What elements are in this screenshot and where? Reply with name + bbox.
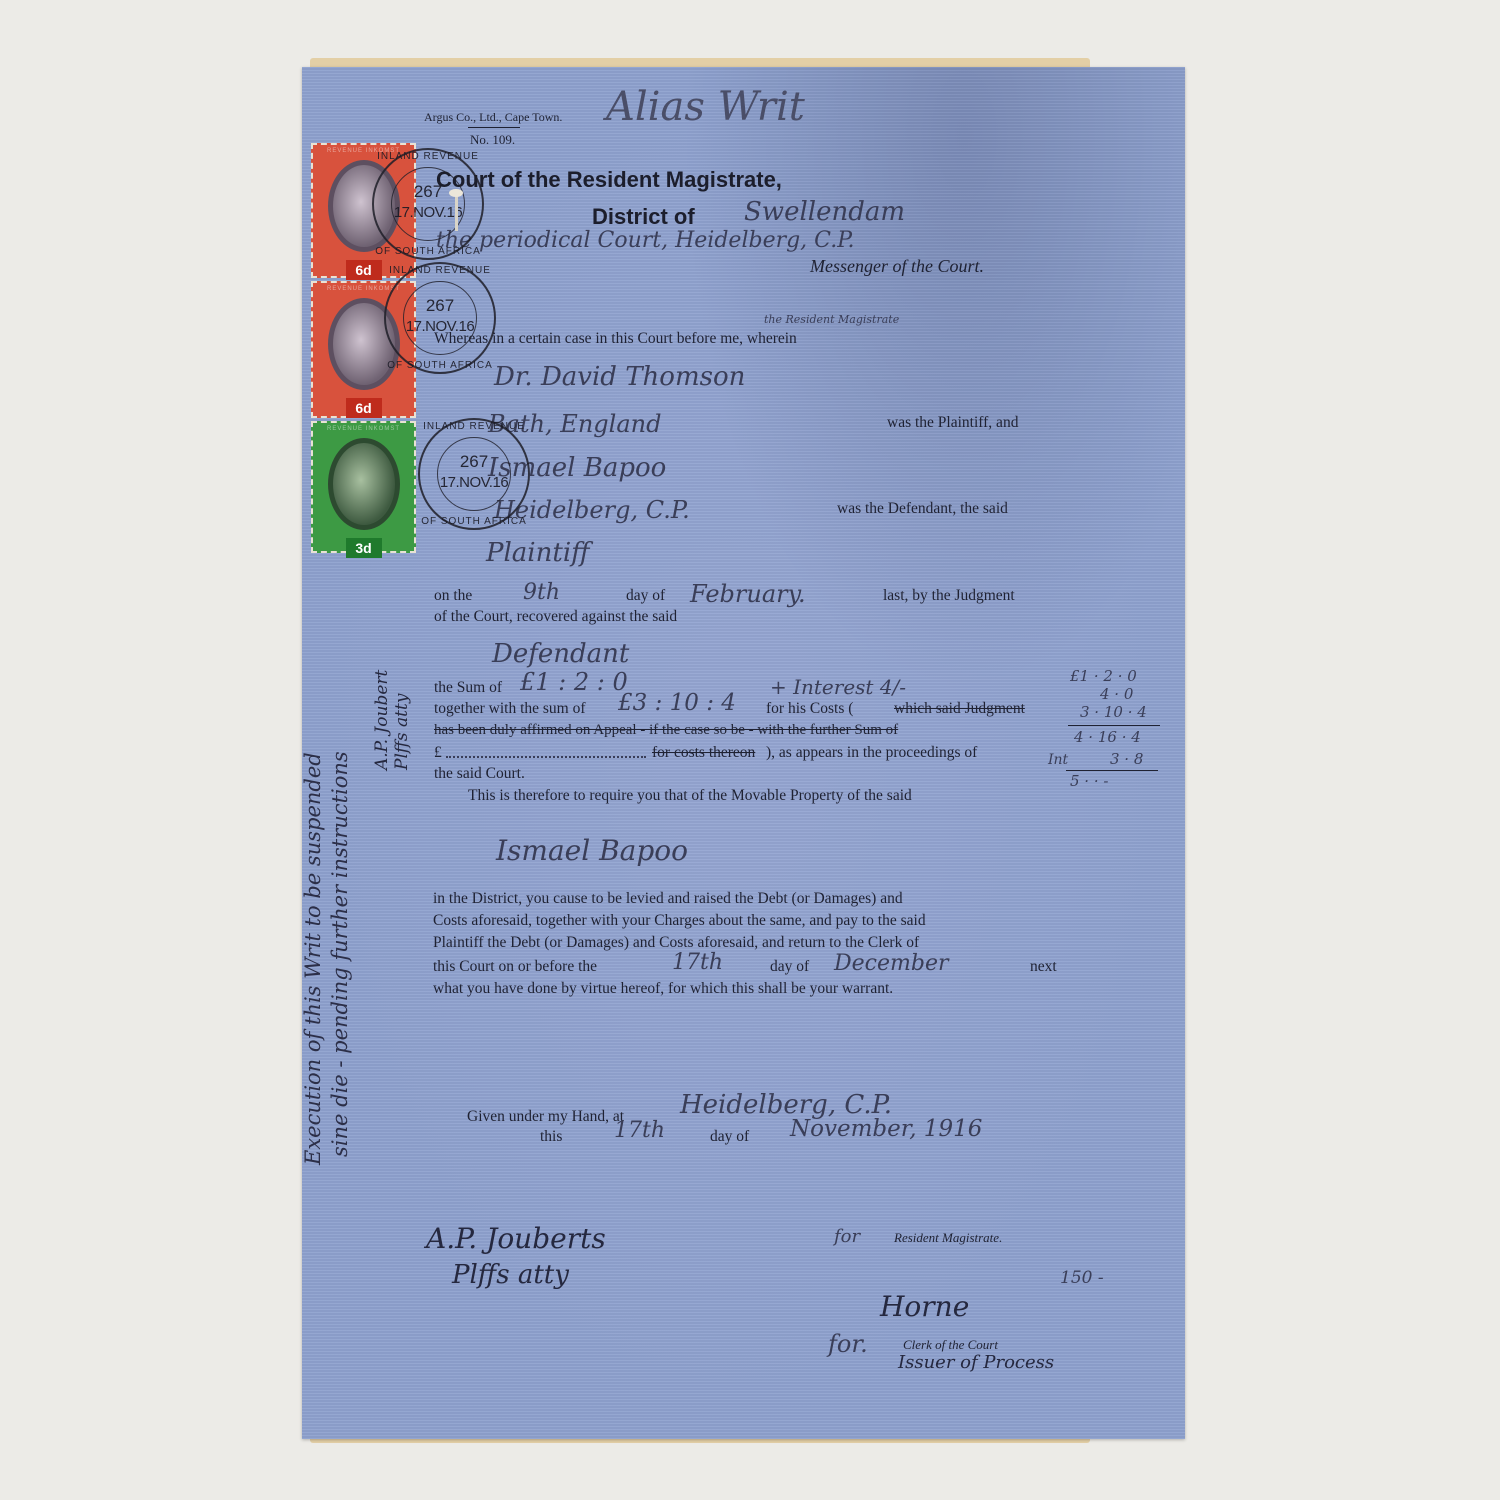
imprint-rule bbox=[468, 127, 520, 128]
calc-int-label: Int bbox=[1048, 752, 1068, 768]
margin-suspension-note: Execution of this Writ to be suspended s… bbox=[300, 751, 354, 1165]
judgment-day: 9th bbox=[523, 580, 560, 605]
property-owner: Ismael Bapoo bbox=[496, 834, 688, 867]
body-line-1: in the District, you cause to be levied … bbox=[433, 890, 903, 908]
for-clerk-hand: for. bbox=[828, 1330, 868, 1358]
given-month-year: November, 1916 bbox=[790, 1116, 982, 1142]
resident-magistrate-label: Resident Magistrate. bbox=[894, 1230, 1002, 1246]
margin-signature-name: A.P. Joubert bbox=[372, 670, 392, 770]
revenue-stamp-3d: REVENUE INKOMST 3d bbox=[311, 421, 416, 553]
court-title: Court of the Resident Magistrate, bbox=[436, 167, 782, 193]
district-value: Swellendam bbox=[744, 197, 905, 227]
margin-note-line-2: sine die - pending further instructions bbox=[327, 751, 354, 1165]
cancel-number: 267 bbox=[420, 452, 528, 472]
calc-rule-1 bbox=[1068, 725, 1160, 726]
calc-line-1: £1 · 2 · 0 bbox=[1070, 667, 1137, 685]
margin-signature: A.P. Joubert Plffs atty bbox=[372, 670, 412, 770]
stamp-header: REVENUE INKOMST bbox=[313, 423, 414, 432]
clerk-signature: Horne bbox=[880, 1290, 969, 1323]
require-text: This is therefore to require you that of… bbox=[468, 787, 912, 805]
given-this: this bbox=[540, 1128, 562, 1146]
cancel-ring-bottom: OF SOUTH AFRICA bbox=[374, 246, 482, 257]
given-label: Given under my Hand, at bbox=[467, 1108, 624, 1126]
last-by-judgment: last, by the Judgment bbox=[883, 587, 1015, 605]
sum-label: the Sum of bbox=[434, 679, 502, 697]
day-of-label: day of bbox=[626, 587, 665, 605]
cancel-number: 267 bbox=[374, 182, 482, 202]
revenue-cancellation-stamp-3: INLAND REVENUE 267 17.NOV.16 OF SOUTH AF… bbox=[418, 418, 530, 530]
return-month: December bbox=[834, 951, 948, 976]
given-day: 17th bbox=[614, 1118, 665, 1143]
addressee-line: the periodical Court, Heidelberg, C.P. bbox=[436, 228, 855, 253]
proceedings-text: ), as appears in the proceedings of bbox=[766, 744, 977, 762]
sum-value: £1 : 2 : 0 bbox=[520, 668, 628, 696]
body-line-2: Costs aforesaid, together with your Char… bbox=[433, 912, 926, 930]
party-against: Defendant bbox=[492, 639, 629, 669]
straight-pin-icon bbox=[455, 193, 458, 231]
calc-line-5: 3 · 8 bbox=[1110, 750, 1143, 768]
cancel-ring-top: INLAND REVENUE bbox=[420, 421, 528, 432]
calc-line-3: 3 · 10 · 4 bbox=[1080, 703, 1147, 721]
margin-signature-role: Plffs atty bbox=[392, 670, 412, 770]
king-portrait-icon bbox=[328, 438, 400, 530]
plaintiff-suffix: was the Plaintiff, and bbox=[887, 414, 1018, 432]
district-label: District of bbox=[592, 204, 695, 230]
cancel-ring-bottom: OF SOUTH AFRICA bbox=[420, 516, 528, 527]
fee-note: 150 - bbox=[1060, 1268, 1104, 1288]
given-day-of: day of bbox=[710, 1128, 749, 1146]
for-resident-magistrate-hand: for bbox=[834, 1226, 860, 1247]
addressee-role: Messenger of the Court. bbox=[810, 256, 984, 277]
printer-imprint: Argus Co., Ltd., Cape Town. bbox=[424, 110, 562, 125]
costs-value: £3 : 10 : 4 bbox=[618, 690, 736, 716]
clerk-label: Clerk of the Court bbox=[903, 1337, 998, 1353]
return-next: next bbox=[1030, 958, 1057, 976]
struck-squiggle bbox=[446, 748, 646, 758]
cancel-date: 17.NOV.16 bbox=[420, 474, 528, 491]
cancel-ring-bottom: OF SOUTH AFRICA bbox=[386, 360, 494, 371]
revenue-cancellation-stamp-2: INLAND REVENUE 267 17.NOV.16 OF SOUTH AF… bbox=[384, 262, 496, 374]
cancel-date: 17.NOV.16 bbox=[374, 204, 482, 221]
party-recovering: Plaintiff bbox=[486, 538, 590, 568]
calc-line-6: 5 · · - bbox=[1070, 772, 1108, 790]
cancel-ring-top: INLAND REVENUE bbox=[386, 265, 494, 276]
struck-text-1: which said Judgment bbox=[894, 700, 1025, 718]
return-prefix: this Court on or before the bbox=[433, 958, 597, 976]
recovered-text: of the Court, recovered against the said bbox=[434, 608, 677, 626]
judgment-month: February. bbox=[690, 580, 806, 608]
form-number: No. 109. bbox=[470, 132, 515, 148]
plaintiff-name: Dr. David Thomson bbox=[494, 362, 745, 392]
interest-note: + Interest 4/- bbox=[770, 675, 906, 699]
whereas-annotation: the Resident Magistrate bbox=[764, 313, 899, 326]
struck-text-3: for costs thereon bbox=[652, 744, 755, 762]
calc-rule-2 bbox=[1066, 770, 1158, 771]
on-the-label: on the bbox=[434, 587, 472, 605]
attorney-role: Plffs atty bbox=[452, 1260, 569, 1290]
attorney-signature: A.P. Jouberts bbox=[426, 1222, 606, 1255]
said-court: the said Court. bbox=[434, 765, 525, 783]
defendant-suffix: was the Defendant, the said bbox=[837, 500, 1008, 518]
costs-prefix: together with the sum of bbox=[434, 700, 586, 718]
calc-line-2: 4 · 0 bbox=[1100, 685, 1133, 703]
revenue-cancellation-stamp-1: INLAND REVENUE 267 17.NOV.16 OF SOUTH AF… bbox=[372, 148, 484, 260]
handwritten-title: Alias Writ bbox=[606, 84, 805, 130]
calc-line-4: 4 · 16 · 4 bbox=[1074, 728, 1141, 746]
costs-suffix: for his Costs ( bbox=[766, 700, 853, 718]
return-day: 17th bbox=[672, 950, 723, 975]
struck-pound-sign: £ bbox=[434, 744, 442, 762]
stamp-value: 6d bbox=[346, 260, 382, 280]
cancel-ring-top: INLAND REVENUE bbox=[374, 151, 482, 162]
margin-note-line-1: Execution of this Writ to be suspended bbox=[300, 751, 327, 1165]
struck-text-2: has been duly affirmed on Appeal - if th… bbox=[434, 722, 898, 739]
cancel-number: 267 bbox=[386, 296, 494, 316]
warrant-line: what you have done by virtue hereof, for… bbox=[433, 980, 893, 998]
clerk-hand-note: Issuer of Process bbox=[898, 1352, 1054, 1373]
stamp-value: 6d bbox=[346, 398, 382, 418]
stamp-value: 3d bbox=[346, 538, 382, 558]
cancel-date: 17.NOV.16 bbox=[386, 318, 494, 335]
return-day-of: day of bbox=[770, 958, 809, 976]
